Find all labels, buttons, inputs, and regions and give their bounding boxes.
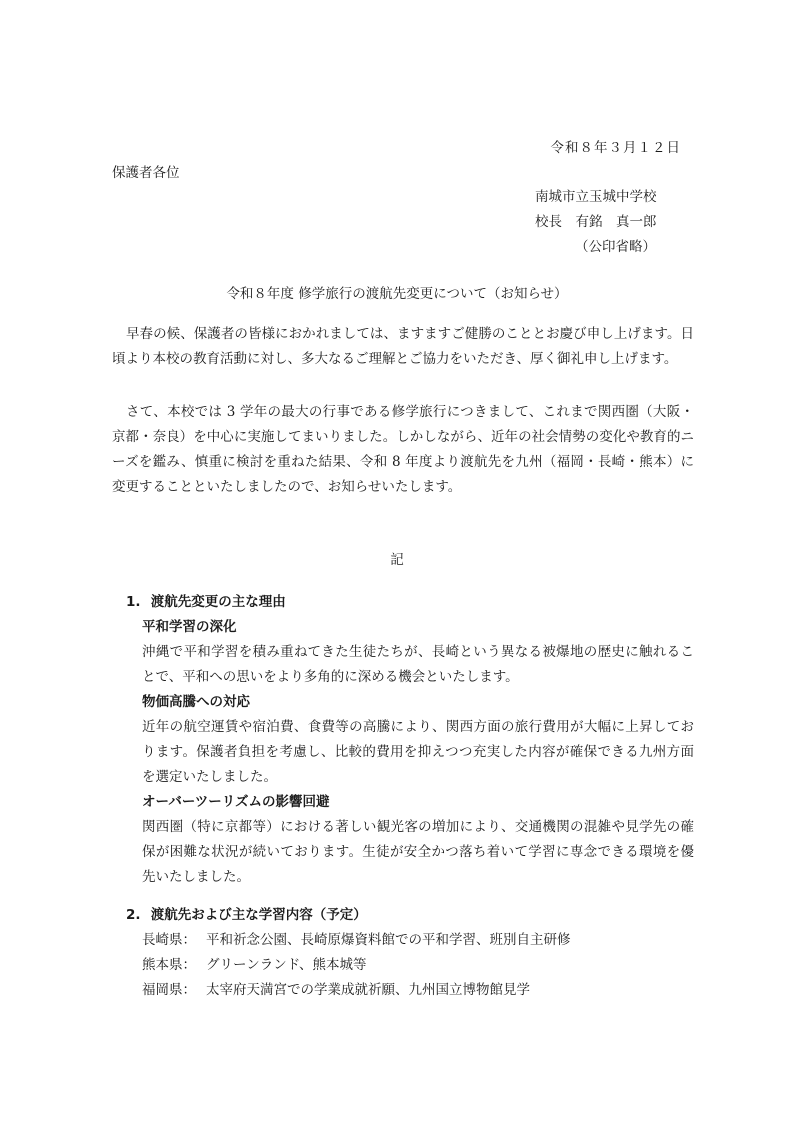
section-number: 1. [126,590,146,615]
prefecture-label: 熊本県： [142,953,206,978]
destination-row: 福岡県： 太宰府天満宮での学業成就祈願、九州国立博物館見学 [126,978,694,1003]
issue-date: 令和８年３月１２日 [551,136,682,156]
destination-row: 長崎県： 平和祈念公園、長崎原爆資料館での平和学習、班別自主研修 [126,928,694,953]
ki-marker: 記 [0,548,794,568]
reason-item: オーバーツーリズムの影響回避 関西圏（特に京都等）における著しい観光客の増加によ… [126,790,694,890]
destination-content: グリーンランド、熊本城等 [206,953,367,978]
reason-heading: 平和学習の深化 [142,615,694,640]
section-title: 渡航先変更の主な理由 [151,594,286,610]
reason-item: 平和学習の深化 沖縄で平和学習を積み重ねてきた生徒たちが、長崎という異なる被爆地… [126,615,694,690]
destination-row: 熊本県： グリーンランド、熊本城等 [126,953,694,978]
sender-block: 南城市立玉城中学校 校長 有銘 真一郎 （公印省略） [535,185,657,260]
notice-paragraph: さて、本校では 3 学年の最大の行事である修学旅行につきまして、これまで関西圏（… [112,400,694,500]
section-destinations: 2. 渡航先および主な学習内容（予定） 長崎県： 平和祈念公園、長崎原爆資料館で… [126,903,694,1003]
principal-name: 校長 有銘 真一郎 [535,210,657,235]
destination-content: 太宰府天満宮での学業成就祈願、九州国立博物館見学 [206,978,530,1003]
reason-heading: 物価高騰への対応 [142,690,694,715]
destination-content: 平和祈念公園、長崎原爆資料館での平和学習、班別自主研修 [206,928,571,953]
seal-note: （公印省略） [535,235,657,260]
reason-body: 近年の航空運賃や宿泊費、食費等の高騰により、関西方面の旅行費用が大幅に上昇してお… [142,715,694,790]
section-reasons: 1. 渡航先変更の主な理由 平和学習の深化 沖縄で平和学習を積み重ねてきた生徒た… [126,590,694,890]
section-number: 2. [126,903,146,928]
reason-body: 沖縄で平和学習を積み重ねてきた生徒たちが、長崎という異なる被爆地の歴史に触れるこ… [142,640,694,690]
addressee: 保護者各位 [112,161,180,181]
school-name: 南城市立玉城中学校 [535,185,657,210]
document-title: 令和８年度 修学旅行の渡航先変更について（お知らせ） [0,282,794,302]
prefecture-label: 長崎県： [142,928,206,953]
section-heading: 2. 渡航先および主な学習内容（予定） [126,903,694,928]
prefecture-label: 福岡県： [142,978,206,1003]
reason-heading: オーバーツーリズムの影響回避 [142,790,694,815]
reason-body: 関西圏（特に京都等）における著しい観光客の増加により、交通機関の混雑や見学先の確… [142,815,694,890]
reason-item: 物価高騰への対応 近年の航空運賃や宿泊費、食費等の高騰により、関西方面の旅行費用… [126,690,694,790]
section-heading: 1. 渡航先変更の主な理由 [126,590,694,615]
section-title: 渡航先および主な学習内容（予定） [151,907,367,923]
greeting-paragraph: 早春の候、保護者の皆様におかれましては、ますますご健勝のこととお慶び申し上げます… [112,322,694,372]
